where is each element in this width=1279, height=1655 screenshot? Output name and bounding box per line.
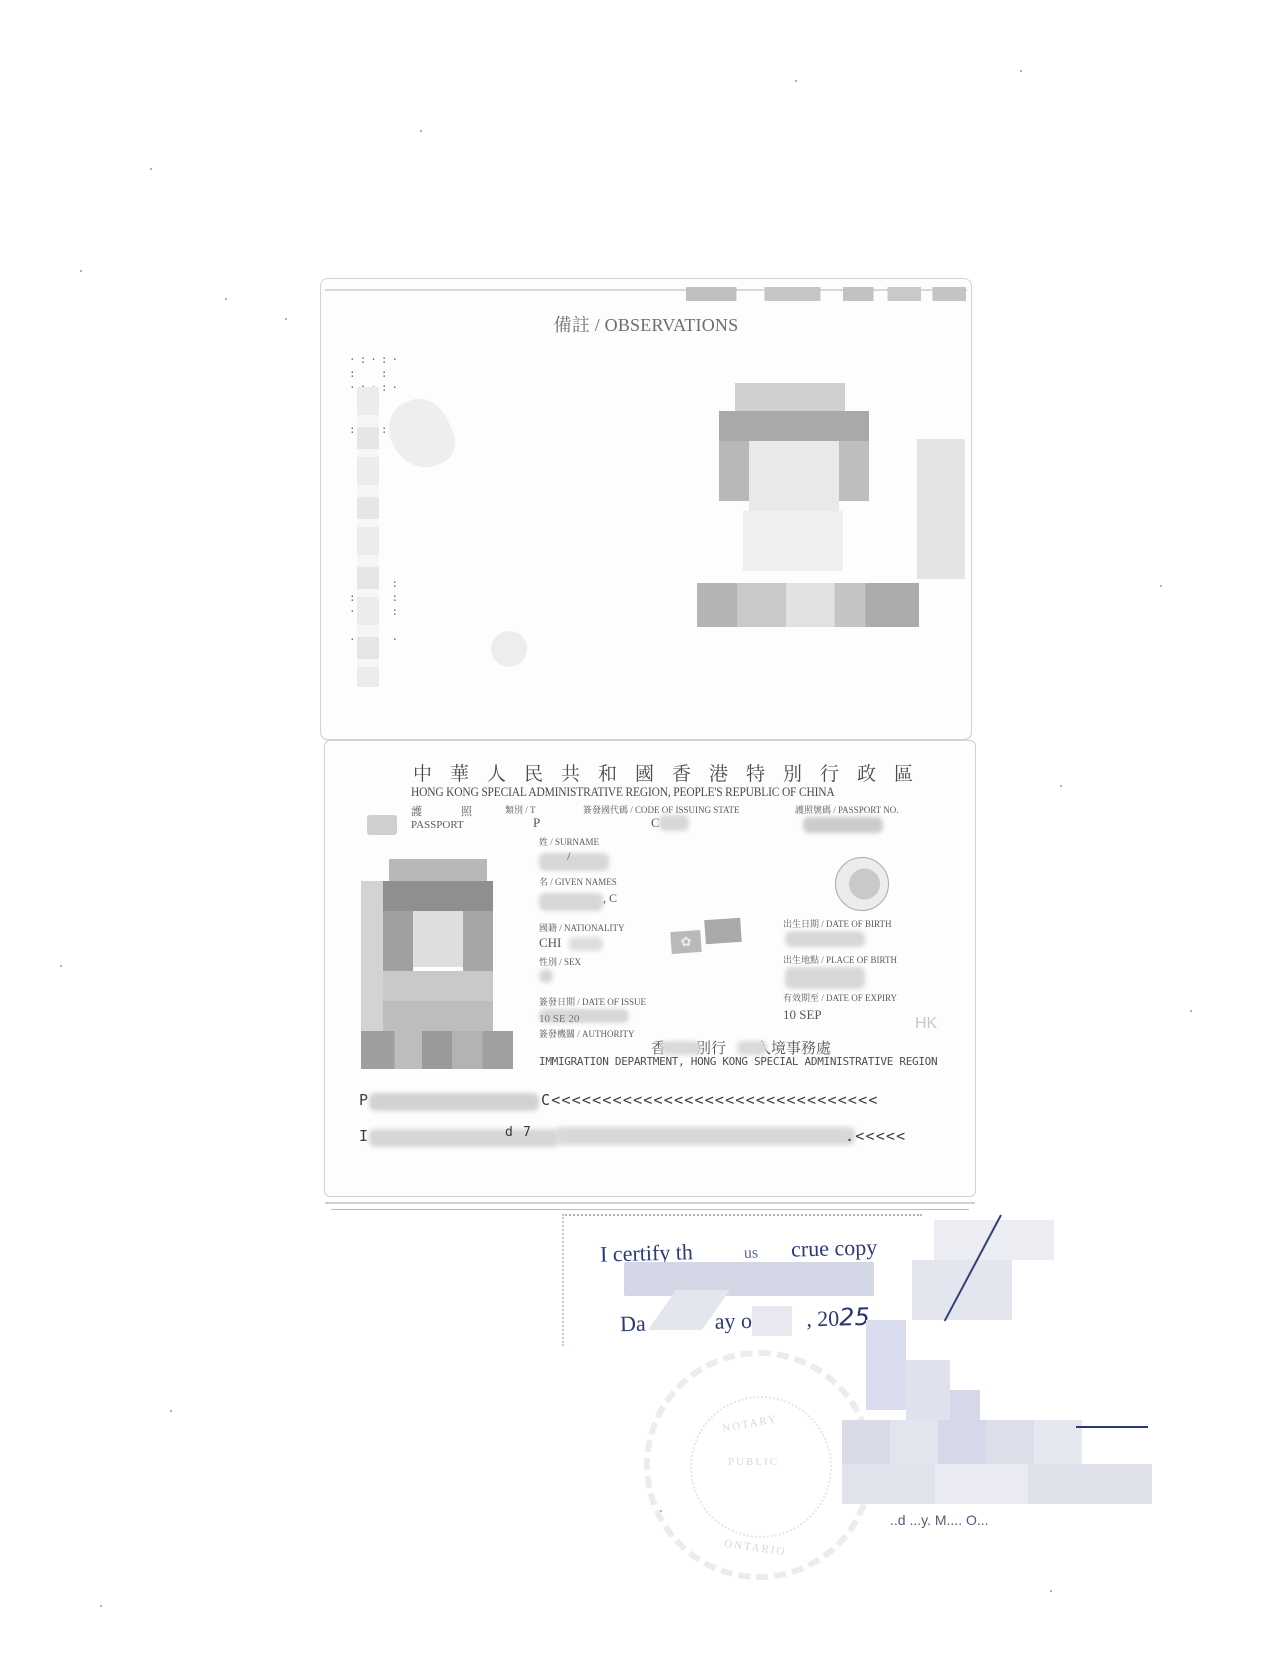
nationality-label: 國籍 / NATIONALITY — [539, 921, 625, 934]
doc-label-zh: 護 照 — [411, 803, 486, 819]
hk-emblem-icon — [367, 815, 397, 835]
redacted-signature-pixelated — [842, 1220, 1162, 1520]
redacted-given-names — [539, 893, 603, 911]
surname-value: / — [567, 849, 570, 864]
given-names-label: 名 / GIVEN NAMES — [539, 875, 617, 888]
redacted-mrz-1 — [369, 1093, 539, 1111]
given-names-value: , C — [603, 891, 617, 906]
redacted-code — [659, 815, 689, 831]
redacted-dob — [785, 931, 865, 947]
redacted-nationality — [569, 937, 603, 951]
redacted-strip — [686, 287, 966, 301]
data-page-title-zh: 中華人民共和國香港特別行政區 — [413, 759, 931, 786]
redaction-stroke — [752, 1306, 792, 1336]
mrz-line-1-start: P — [359, 1091, 369, 1109]
redacted-pob — [785, 967, 865, 989]
holder-portrait-pixelated — [361, 859, 513, 1069]
mrz-line-1-end: C<<<<<<<<<<<<<<<<<<<<<<<<<<<<<<<< — [541, 1091, 879, 1109]
ghost-right-strip — [917, 439, 965, 579]
notary-caption: ..d ...y. M.... O... — [890, 1512, 989, 1528]
observations-title: 備註 / OBSERVATIONS — [321, 311, 971, 337]
authority-en: IMMIGRATION DEPARTMENT, HONG KONG SPECIA… — [539, 1055, 937, 1068]
hk-flag-icon: ✿ — [670, 930, 701, 954]
surname-label: 姓 / SURNAME — [539, 835, 599, 848]
redacted-certifier-name — [624, 1262, 874, 1296]
observations-page: 備註 / OBSERVATIONS ·:·:·: :·:·:· :: : :: … — [320, 278, 972, 740]
redacted-authority — [737, 1041, 767, 1055]
mrz-line-2-mid: d 7 — [505, 1125, 532, 1140]
signature-line — [1076, 1426, 1148, 1428]
cert-text: us — [744, 1244, 759, 1261]
authority-label: 簽發機關 / AUTHORITY — [539, 1027, 635, 1040]
passport-no-label: 護照號碼 / PASSPORT NO. — [795, 803, 899, 816]
cert-text: Da — [620, 1311, 646, 1337]
redacted-passport-no — [803, 817, 883, 833]
expiry-label: 有效期至 / DATE OF EXPIRY — [783, 991, 897, 1004]
pob-label: 出生地點 / PLACE OF BIRTH — [783, 953, 897, 966]
passport-data-page: 中華人民共和國香港特別行政區 HONG KONG SPECIAL ADMINIS… — [324, 740, 976, 1197]
page-edge — [331, 1209, 969, 1210]
mrz-line-2-end: .<<<<< — [845, 1127, 906, 1145]
seal-text: ONTARIO — [723, 1538, 787, 1559]
code-label: 簽發國代碼 / CODE OF ISSUING STATE — [583, 803, 740, 816]
type-value: P — [533, 815, 540, 831]
redacted-sex — [539, 969, 553, 983]
ghost-image-strip — [357, 387, 379, 687]
ghost-portrait-pixelated — [713, 383, 873, 623]
bauhinia-watermark-icon — [491, 631, 527, 667]
type-label: 類別 / T — [505, 803, 536, 816]
expiry-value: 10 SEP — [783, 1007, 822, 1023]
cert-year: , 20 — [806, 1306, 840, 1332]
issue-label: 簽發日期 / DATE OF ISSUE — [539, 995, 646, 1008]
nationality-value: CHI — [539, 935, 561, 951]
issue-value: 10 SE 20 — [539, 1013, 579, 1025]
seal-text: PUBLIC — [728, 1456, 779, 1468]
hk-watermark: HK — [915, 1015, 937, 1033]
sex-label: 性別 / SEX — [539, 955, 581, 968]
hologram-seal-icon — [835, 857, 889, 911]
data-page-title-en: HONG KONG SPECIAL ADMINISTRATIVE REGION,… — [411, 785, 834, 800]
redacted-surname — [539, 853, 609, 871]
china-flag-icon — [704, 918, 742, 944]
notary-embossed-seal: NOTARY PUBLIC ONTARIO — [644, 1350, 874, 1580]
dob-label: 出生日期 / DATE OF BIRTH — [783, 917, 891, 930]
doc-label-en: PASSPORT — [411, 819, 464, 831]
redacted-mrz-2 — [555, 1127, 855, 1145]
redacted-authority — [661, 1041, 701, 1055]
page-edge — [325, 1202, 975, 1204]
passport-scan: 備註 / OBSERVATIONS ·:·:·: :·:·:· :: : :: … — [320, 278, 976, 1208]
mrz-line-2-start: I — [359, 1127, 369, 1145]
